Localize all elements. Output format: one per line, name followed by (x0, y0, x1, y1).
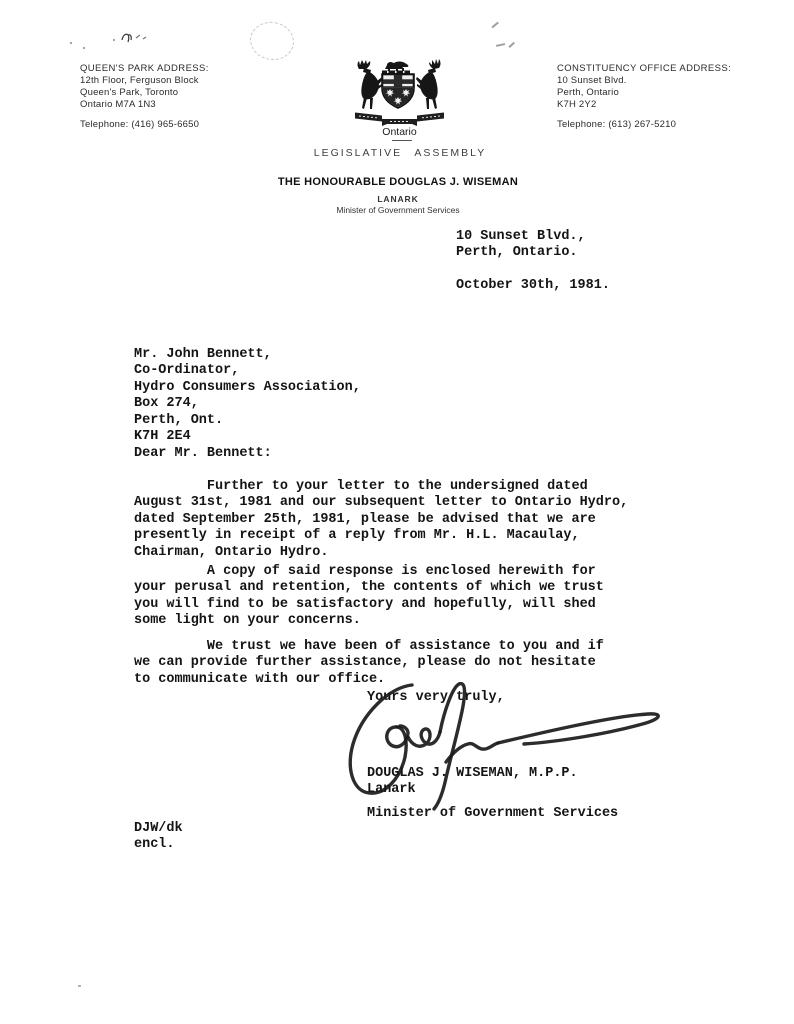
member-riding: LANARK (248, 194, 548, 204)
body-paragraph-2: A copy of said response is enclosed here… (134, 564, 604, 630)
queens-park-address-line: Ontario M7A 1N3 (80, 99, 310, 111)
scan-artifact-circle (247, 18, 297, 63)
queens-park-address-label: QUEEN'S PARK ADDRESS: (80, 63, 310, 75)
queens-park-address-line: 12th Floor, Ferguson Block (80, 75, 310, 87)
constituency-address-label: CONSTITUENCY OFFICE ADDRESS: (557, 63, 787, 75)
moose-supporter (358, 60, 384, 109)
scan-artifact-mark (491, 22, 498, 28)
reference-initials-and-enclosure: DJW/dk encl. (134, 821, 183, 854)
constituency-address-line: K7H 2Y2 (557, 99, 787, 111)
sender-address-and-date: 10 Sunset Blvd., Perth, Ontario. October… (456, 229, 610, 295)
scan-artifact-scribble (119, 29, 149, 45)
queens-park-address-line: Queen's Park, Toronto (80, 87, 310, 99)
constituency-address-block: CONSTITUENCY OFFICE ADDRESS: 10 Sunset B… (557, 63, 787, 131)
salutation: Dear Mr. Bennett: (134, 446, 272, 462)
crest-caption-underline (392, 140, 412, 141)
scan-artifact-mark (78, 985, 81, 987)
member-title: Minister of Government Services (248, 205, 548, 215)
scan-artifact-mark (508, 42, 514, 48)
legislative-assembly-title: LEGISLATIVE ASSEMBLY (297, 147, 503, 159)
constituency-address-line: Perth, Ontario (557, 87, 787, 99)
scan-artifact-mark (496, 43, 505, 46)
queens-park-address-block: QUEEN'S PARK ADDRESS: 12th Floor, Fergus… (80, 63, 310, 131)
member-name: THE HONOURABLE DOUGLAS J. WISEMAN (248, 176, 548, 188)
scanned-letter-page: QUEEN'S PARK ADDRESS: 12th Floor, Fergus… (0, 0, 794, 1024)
scan-artifact-mark (70, 42, 72, 44)
recipient-address-block: Mr. John Bennett, Co-Ordinator, Hydro Co… (134, 347, 361, 445)
scan-artifact-mark (113, 39, 115, 41)
body-paragraph-1: Further to your letter to the undersigne… (134, 479, 628, 561)
queens-park-telephone: Telephone: (416) 965-6650 (80, 119, 310, 131)
scan-artifact-mark (83, 47, 85, 49)
ontario-coat-of-arms-icon (352, 56, 447, 130)
constituency-telephone: Telephone: (613) 267-5210 (557, 119, 787, 131)
crest-caption: Ontario (352, 126, 447, 138)
handwritten-signature (340, 682, 670, 814)
deer-supporter (416, 59, 441, 109)
constituency-address-line: 10 Sunset Blvd. (557, 75, 787, 87)
body-paragraph-3: We trust we have been of assistance to y… (134, 639, 604, 688)
